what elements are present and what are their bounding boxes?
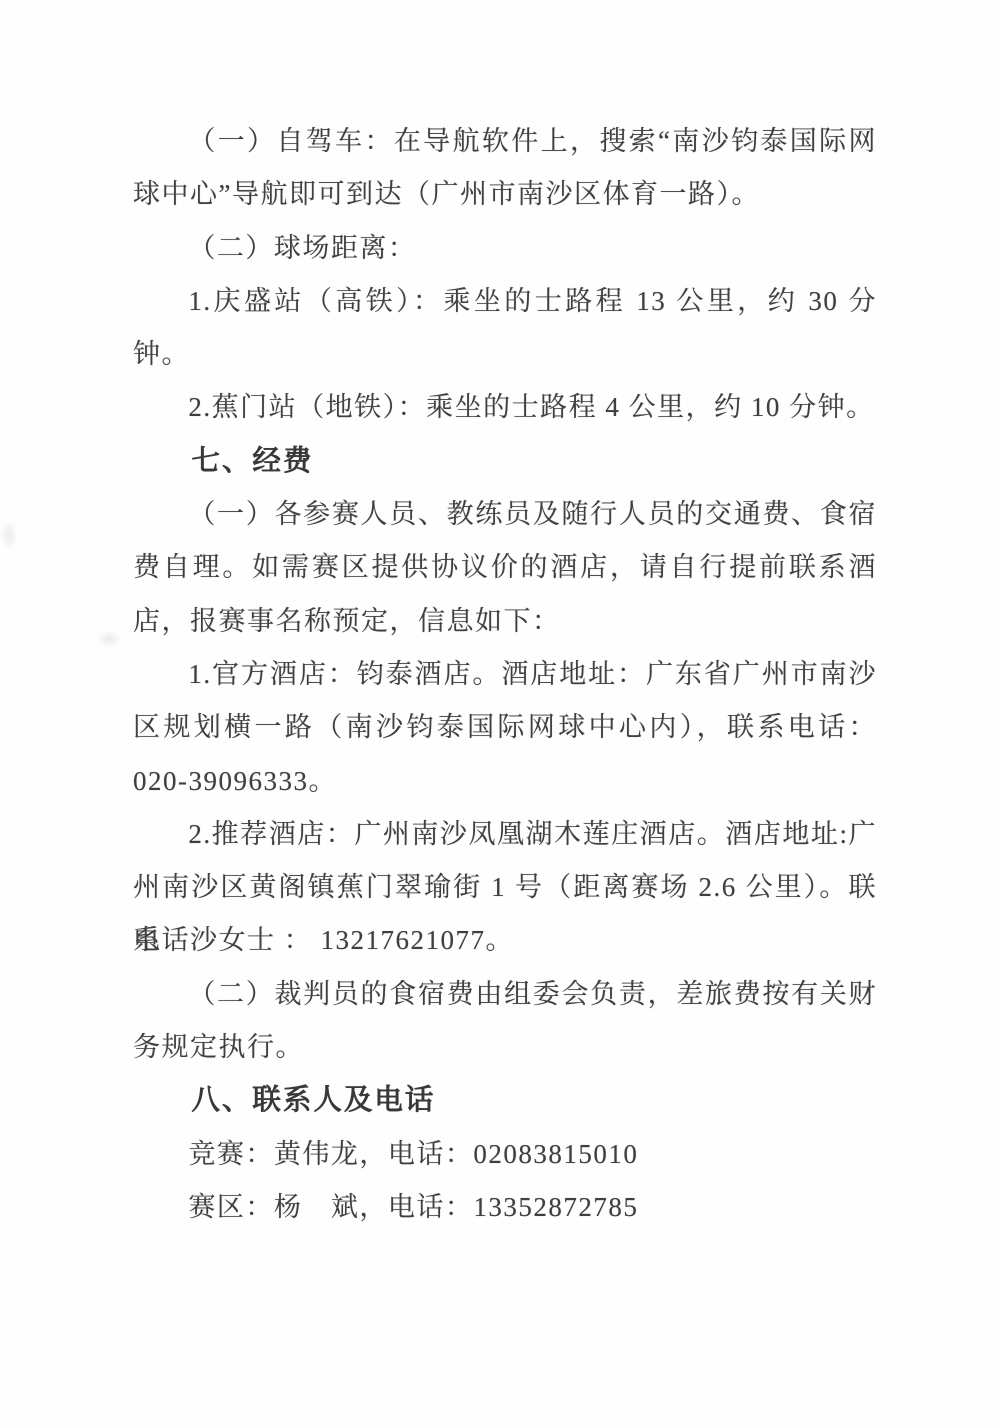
text-line-referee-expenses-2: 务规定执行。 [133,1021,877,1074]
section-heading-contacts: 八、联系人及电话 [133,1074,877,1127]
section-heading-funding: 七、经费 [133,435,877,488]
text-line-venue-contact: 赛区：杨 斌，电话：13352872785 [133,1181,877,1234]
document-page: （一）自驾车：在导航软件上，搜索“南沙钧泰国际网 球中心”导航即可到达（广州市南… [0,0,1000,1428]
text-line-driving-directions-2: 球中心”导航即可到达（广州市南沙区体育一路）。 [133,168,877,221]
text-line-expenses-2: 费自理。如需赛区提供协议价的酒店，请自行提前联系酒 [133,541,877,594]
text-line-official-hotel-2: 区规划横一路（南沙钧泰国际网球中心内），联系电话： [133,701,877,754]
text-line-driving-directions-1: （一）自驾车：在导航软件上，搜索“南沙钧泰国际网 [133,115,877,168]
text-line-qingsheng-station-2: 钟。 [133,328,877,381]
scan-smudge [96,630,122,648]
text-line-jiaomen-station: 2.蕉门站（地铁）：乘坐的士路程 4 公里，约 10 分钟。 [133,381,877,434]
text-line-competition-contact: 竞赛：黄伟龙，电话：02083815010 [133,1128,877,1181]
text-line-recommended-hotel-phone: 电话沙女士 ： 13217621077。 [133,914,877,967]
text-line-official-hotel-1: 1.官方酒店：钧泰酒店。酒店地址：广东省广州市南沙 [133,648,877,701]
text-line-expenses-3: 店，报赛事名称预定，信息如下： [133,595,877,648]
text-line-court-distance-label: （二）球场距离： [133,222,877,275]
text-line-recommended-hotel-2: 州南沙区黄阁镇蕉门翠瑜街 1 号（距离赛场 2.6 公里）。联系 [133,861,877,914]
text-line-expenses-1: （一）各参赛人员、教练员及随行人员的交通费、食宿 [133,488,877,541]
text-line-official-hotel-phone: 020-39096333。 [133,755,877,808]
text-line-recommended-hotel-1: 2.推荐酒店：广州南沙凤凰湖木莲庄酒店。酒店地址:广 [133,808,877,861]
scan-smudge [0,520,18,550]
document-body: （一）自驾车：在导航软件上，搜索“南沙钧泰国际网 球中心”导航即可到达（广州市南… [133,115,877,1234]
text-line-referee-expenses-1: （二）裁判员的食宿费由组委会负责，差旅费按有关财 [133,968,877,1021]
text-line-qingsheng-station-1: 1.庆盛站（高铁）：乘坐的士路程 13 公里，约 30 分 [133,275,877,328]
